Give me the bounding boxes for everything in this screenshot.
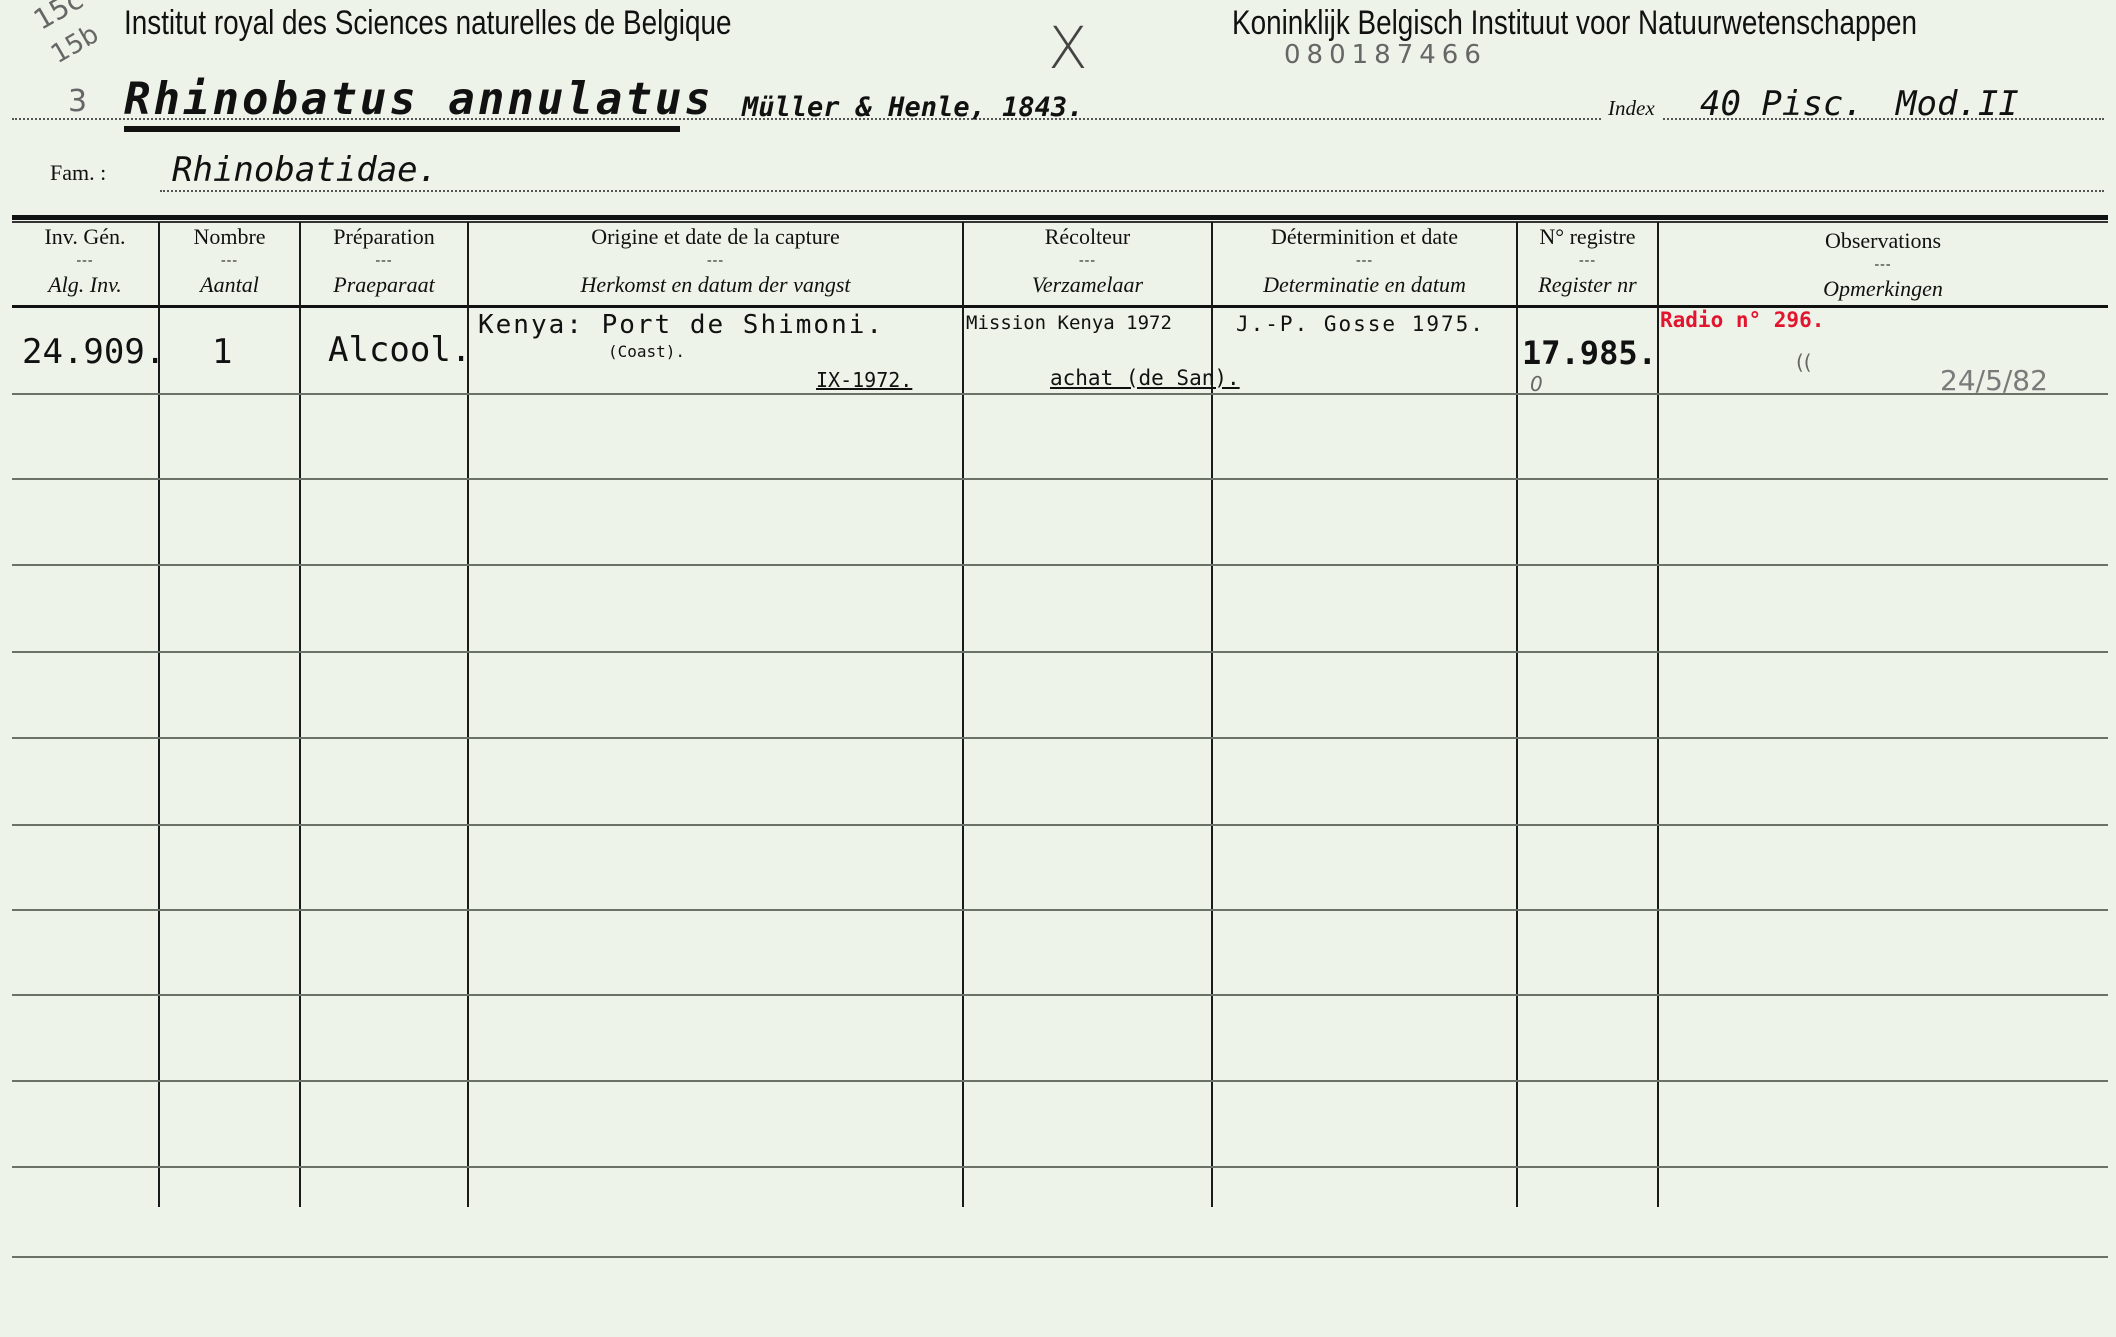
cell-observation-date: 24/5/82 (1940, 364, 2048, 397)
mod-value: Mod.II (1896, 84, 2019, 124)
row-rule (12, 737, 2108, 739)
column-header-observations: Observations --- Opmerkingen (1659, 228, 2107, 302)
column-header-inv: Inv. Gén. --- Alg. Inv. (12, 224, 158, 298)
cell-recolteur-line2: achat (de San). (1050, 366, 1240, 390)
family-dotted-line (160, 190, 2104, 192)
header-sep: --- (301, 250, 467, 272)
row-rule (12, 651, 2108, 653)
cell-observation-mark: (( (1796, 350, 1812, 374)
header-fr: Préparation (301, 224, 467, 250)
cell-registre: 17.985. (1522, 334, 1657, 372)
header-fr: Observations (1659, 228, 2107, 254)
column-header-registre: N° registre --- Register nr (1518, 224, 1657, 298)
header-fr: N° registre (1518, 224, 1657, 250)
row-rule (12, 1256, 2108, 1258)
header-nl: Opmerkingen (1659, 276, 2107, 302)
header-nl: Register nr (1518, 272, 1657, 298)
row-rule (12, 824, 2108, 826)
header-nl: Verzamelaar (964, 272, 1211, 298)
header-sep: --- (1518, 250, 1657, 272)
column-header-recolteur: Récolteur --- Verzamelaar (964, 224, 1211, 298)
row-rule (12, 1166, 2108, 1168)
cell-registre-note: 0 (1530, 372, 1543, 396)
institute-name-fr: Institut royal des Sciences naturelles d… (124, 4, 732, 43)
column-divider (962, 222, 964, 1207)
index-value: 40 Pisc. (1700, 84, 1864, 124)
header-nl: Determinatie en datum (1213, 272, 1516, 298)
species-underline (124, 126, 680, 132)
cell-nombre: 1 (212, 332, 232, 372)
header-fr: Déterminition et date (1213, 224, 1516, 250)
table-top-rule-thin (12, 221, 2108, 223)
row-rule (12, 994, 2108, 996)
index-label: Index (1602, 96, 1661, 121)
cell-origine-line1: Kenya: Port de Shimoni. (478, 310, 884, 340)
cell-inv: 24.909. (22, 332, 165, 372)
column-header-origine: Origine et date de la capture --- Herkom… (469, 224, 962, 298)
header-sep: --- (1213, 250, 1516, 272)
column-header-nombre: Nombre --- Aantal (160, 224, 299, 298)
header-nl: Praeparaat (301, 272, 467, 298)
cell-observation-radio: Radio n° 296. (1660, 308, 1824, 332)
column-divider (1516, 222, 1518, 1207)
row-rule (12, 564, 2108, 566)
row-rule (12, 909, 2108, 911)
header-sep: --- (160, 250, 299, 272)
header-nl: Aantal (160, 272, 299, 298)
corner-mark-3: 3 (68, 84, 87, 119)
cell-origine-line2: (Coast). (608, 342, 685, 361)
column-divider (299, 222, 301, 1207)
column-header-preparation: Préparation --- Praeparaat (301, 224, 467, 298)
cell-origine-date: IX-1972. (816, 368, 912, 392)
header-sep: --- (964, 250, 1211, 272)
family-value: Rhinobatidae. (172, 150, 438, 190)
row-rule (12, 478, 2108, 480)
cross-mark: X (1048, 14, 1088, 82)
row-rule (12, 393, 2108, 395)
cell-determination: J.-P. Gosse 1975. (1236, 312, 1485, 336)
cell-recolteur-line1: Mission Kenya 1972 (966, 312, 1172, 334)
header-sep: --- (1659, 254, 2107, 276)
column-divider (1657, 222, 1659, 1207)
header-nl: Alg. Inv. (12, 272, 158, 298)
header-sep: --- (12, 250, 158, 272)
header-fr: Origine et date de la capture (469, 224, 962, 250)
institute-name-nl: Koninklijk Belgisch Instituut voor Natuu… (1232, 4, 1917, 43)
row-rule (12, 1080, 2108, 1082)
header-nl: Herkomst en datum der vangst (469, 272, 962, 298)
table-top-rule (12, 215, 2108, 220)
header-sep: --- (469, 250, 962, 272)
family-label: Fam. : (50, 160, 106, 186)
header-fr: Inv. Gén. (12, 224, 158, 250)
column-header-determination: Déterminition et date --- Determinatie e… (1213, 224, 1516, 298)
species-author: Müller & Henle, 1843. (742, 92, 1083, 123)
cell-preparation: Alcool. (328, 330, 471, 370)
header-fr: Récolteur (964, 224, 1211, 250)
species-name: Rhinobatus annulatus (124, 74, 714, 125)
catalog-number: 080187466 (1284, 40, 1487, 70)
header-fr: Nombre (160, 224, 299, 250)
